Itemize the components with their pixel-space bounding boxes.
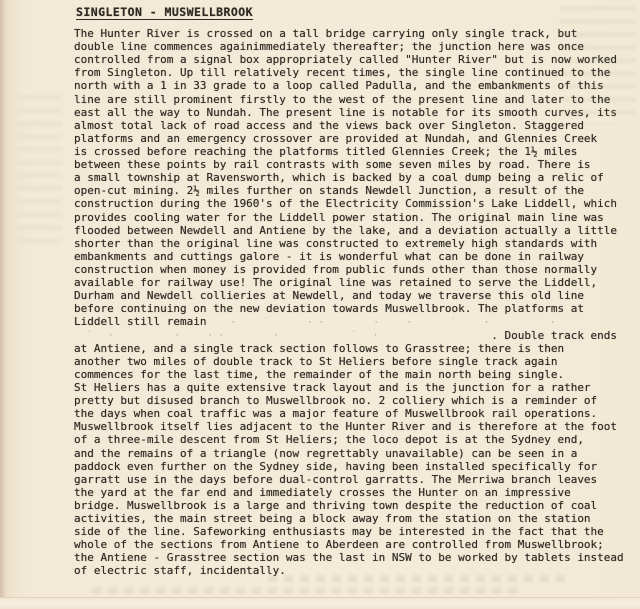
text-line: and the remains of a triangle (now regre… — [74, 447, 634, 460]
text-line: of electric staff, incidentally. — [74, 564, 634, 577]
text-line: activities, the main street being a bloc… — [74, 512, 634, 525]
document-body: The Hunter River is crossed on a tall br… — [74, 27, 634, 578]
text-line: almost total lack of road access and the… — [74, 119, 634, 132]
show-through-marks-bottom-2 — [92, 587, 522, 594]
text-line: flooded between Newdell and Antiene by t… — [74, 224, 634, 237]
show-through-marks-left-margin — [16, 95, 62, 245]
text-line: the Antiene - Grasstree section was the … — [74, 551, 634, 564]
text-line: embankments and cuttings galore - it is … — [74, 250, 634, 263]
text-line: shorter than the original line was const… — [74, 237, 634, 250]
text-line: before continuing on the new deviation t… — [74, 302, 634, 315]
text-line: is crossed before reaching the platforms… — [74, 145, 634, 158]
text-line: a small township at Ravensworth, which i… — [74, 171, 634, 184]
text-line: east all the way to Nundah. The present … — [74, 106, 634, 119]
text-line: between these points by rail contrasts w… — [74, 158, 634, 171]
text-line: line are still prominent firstly to the … — [74, 93, 634, 106]
text-line: another two miles of double track to St … — [74, 355, 634, 368]
text-line: paddock even further on the Sydney side,… — [74, 460, 634, 473]
text-line: Durham and Newdell collieries at Newdell… — [74, 289, 634, 302]
text-line: double line commences againimmediately t… — [74, 40, 634, 53]
text-line: The Hunter River is crossed on a tall br… — [74, 27, 634, 40]
text-line: provides cooling water for the Liddell p… — [74, 211, 634, 224]
text-line: available for railway use! The original … — [74, 276, 634, 289]
text-line: bridge. Muswellbrook is a large and thri… — [74, 499, 634, 512]
text-line: Muswellbrook itself lies adjacent to the… — [74, 420, 634, 433]
text-line: platforms and an emergency crossover are… — [74, 132, 634, 145]
text-line: controlled from a signal box appropriate… — [74, 53, 634, 66]
text-line: of a three-mile descent from St Heliers;… — [74, 433, 634, 446]
text-line: construction when money is provided from… — [74, 263, 634, 276]
text-line: at Antiene, and a single track section f… — [74, 342, 634, 355]
erased-text-remnant-2: ˙ · · ·· · ˙ · — [86, 330, 384, 341]
text-line: open-cut mining. 2½ miles further on sta… — [74, 184, 634, 197]
text-line: side of the line. Safeworking enthusiast… — [74, 525, 634, 538]
text-line: St Heliers has a quite extensive track l… — [74, 381, 634, 394]
scanned-document-page: SINGLETON - MUSWELLBROOK The Hunter Rive… — [0, 0, 640, 609]
page-left-edge-shadow — [0, 0, 6, 609]
text-line: commences for the last time, the remaind… — [74, 368, 634, 381]
text-line: construction during the 1960's of the El… — [74, 197, 634, 210]
text-line: the yard at the far end and immediately … — [74, 486, 634, 499]
text-line: the days when coal traffic was a major f… — [74, 407, 634, 420]
erased-text-remnant-1: · ˙ ·· · · ˙ · · — [230, 317, 561, 328]
text-line: pretty but disused branch to Muswellbroo… — [74, 394, 634, 407]
text-line: north with a 1 in 33 grade to a loop cal… — [74, 79, 634, 92]
document-title: SINGLETON - MUSWELLBROOK — [76, 5, 253, 19]
text-line: from Singleton. Up till relatively recen… — [74, 66, 634, 79]
text-line: whole of the sections from Antiene to Ab… — [74, 538, 634, 551]
page-bottom-edge — [0, 597, 640, 609]
text-line: garratt use in the days before dual-cont… — [74, 473, 634, 486]
